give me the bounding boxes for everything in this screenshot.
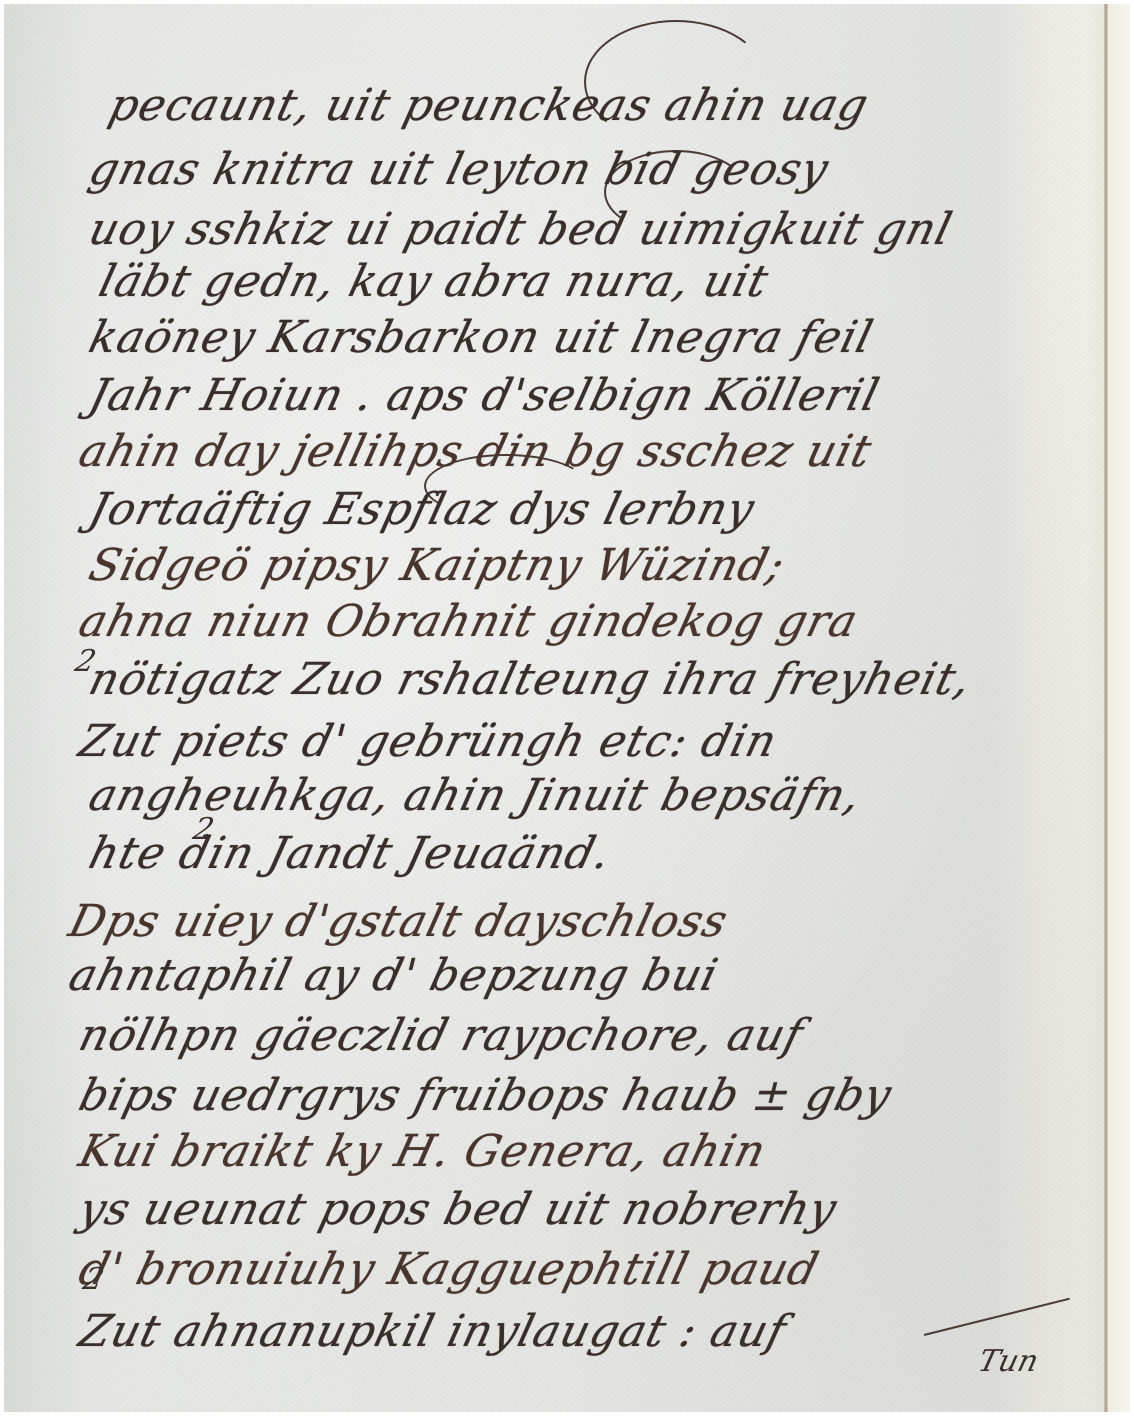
manuscript-line: hte din Jandt Jeuaänd. bbox=[84, 828, 616, 879]
strikethrough-mark bbox=[924, 1298, 1070, 1336]
manuscript-line: ahntaphil ay d' bepzung bui bbox=[64, 950, 723, 1001]
manuscript-line: kaöney Karsbarkon uit lnegra feil bbox=[84, 312, 878, 363]
manuscript-line: ys ueunat pops bed uit nobrerhy bbox=[74, 1184, 842, 1235]
page-margin bbox=[1108, 4, 1130, 1412]
manuscript-line: nölhpn gäeczlid raypchore, auf bbox=[74, 1010, 809, 1061]
manuscript-line: läbt gedn, kay abra nura, uit bbox=[94, 256, 774, 307]
manuscript-line: Zut piets d' gebrüngh etc: din bbox=[74, 716, 782, 767]
correction-note: Tun bbox=[975, 1344, 1042, 1379]
manuscript-line: Jahr Hoiun . aps d'selbign Kölleril bbox=[84, 370, 885, 421]
manuscript-line: nötigatz Zuo rshalteung ihra freyheit, bbox=[84, 654, 977, 705]
manuscript-line: bips uedrgrys fruibops haub ± gby bbox=[74, 1070, 897, 1121]
manuscript-line: Dps uiey d'gstalt dayschloss bbox=[64, 896, 733, 947]
manuscript-line: pecaunt, uit peunckeas ahin uag bbox=[104, 80, 874, 131]
manuscript-line: gnas knitra uit leyton bid geosy bbox=[84, 144, 834, 195]
manuscript-line: Zut ahnanupkil inylaugat : auf bbox=[74, 1306, 792, 1357]
manuscript-scan: pecaunt, uit peunckeas ahin uag gnas kni… bbox=[4, 4, 1130, 1412]
manuscript-line: ahin day jellihps din bg sschez uit bbox=[74, 426, 877, 477]
manuscript-line: Jortaäftig Espflaz dys lerbny bbox=[84, 484, 760, 535]
manuscript-line: Sidgeö pipsy Kaiptny Wüzind; bbox=[84, 540, 790, 591]
manuscript-line: ahna niun Obrahnit gindekog gra bbox=[74, 596, 863, 647]
manuscript-line: uoy sshkiz ui paidt bed uimigkuit gnl bbox=[84, 204, 958, 255]
manuscript-line: Kui braikt ky H. Genera, ahin bbox=[74, 1126, 771, 1177]
manuscript-line: d' bronuiuhy Kagguephtill paud bbox=[74, 1244, 824, 1295]
